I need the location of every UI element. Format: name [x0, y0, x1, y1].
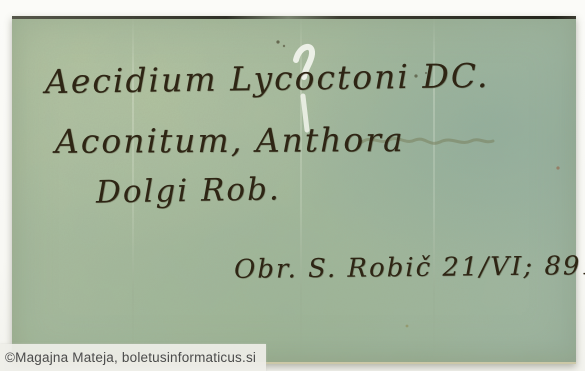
- card-top-edge-shadow: [12, 16, 576, 19]
- handwritten-locality-line: Dolgi Rob.: [96, 172, 281, 211]
- ink-speck: [283, 45, 285, 47]
- handwritten-host-plant-line: Aconitum, Anthora: [55, 121, 405, 161]
- handwritten-collector-date-line: Obr. S. Robič 21/VI; 891: [234, 252, 585, 286]
- paper-speck: [406, 325, 409, 328]
- handwritten-taxon-line: Aecidium Lycoctoni DC.: [45, 57, 490, 101]
- watermark-bar: ©Magajna Mateja, boletusinformaticus.si: [0, 344, 266, 371]
- watermark-text: ©Magajna Mateja, boletusinformaticus.si: [0, 344, 266, 371]
- specimen-label-card: Aecidium Lycoctoni DC. Aconitum, Anthora…: [12, 16, 576, 364]
- photo-background: Aecidium Lycoctoni DC. Aconitum, Anthora…: [0, 0, 585, 371]
- paper-speck: [556, 166, 559, 169]
- ink-speck: [276, 40, 279, 43]
